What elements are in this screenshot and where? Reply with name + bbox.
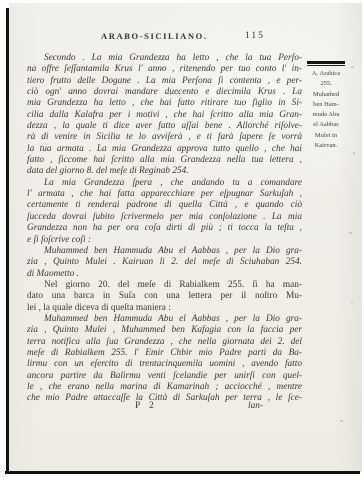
text-line: zia , Quinto Mulei . Kairuan li 2. del m… <box>27 257 302 268</box>
text-line: data del giorno 8. del meſe di Reginab 2… <box>27 166 302 177</box>
margin-note-line: Kairvan. <box>303 141 349 151</box>
scan-speckle <box>349 232 352 234</box>
text-line: rà di venire in Sicilia te lo avviſerà ,… <box>27 132 302 143</box>
margin-note-rule-thick <box>307 61 345 64</box>
margin-note-line: Muham̃ed <box>303 90 349 100</box>
text-line: tiero frutto delle Dogane . La mia Perſo… <box>27 76 302 87</box>
text-line: mia Grandezza ha letto , che hai fatto r… <box>27 98 302 109</box>
scan-speckle <box>351 66 354 68</box>
scan-edge-bottom-rule <box>5 471 360 474</box>
margin-note-line: el Aabbas <box>303 120 349 130</box>
catchword: lan- <box>248 401 263 411</box>
margin-note-rule-thin <box>307 65 345 66</box>
text-line: le , che erano nella marina di Kamarinah… <box>27 382 302 393</box>
text-line: lirmu con un eſercito di trentacinquemil… <box>27 359 302 370</box>
text-line: di Maometto . <box>27 269 302 280</box>
text-line: e ſi ſoſcrive coſì : <box>27 235 302 246</box>
scanned-book-page: { "page": { "header": { "title": "ARABO-… <box>0 0 364 480</box>
scan-speckle <box>351 301 353 303</box>
text-line: meſe di Rabialkem 255. l' Emir Chbir mio… <box>27 348 302 359</box>
margin-note: A. Arabica 255. Muham̃ed ben Ham- muda A… <box>303 61 349 151</box>
text-line: Muhammed ben Hammuda Abu el Aabbas , per… <box>27 246 302 257</box>
text-line: cilia dalla Kalafra per i motivi , che h… <box>27 110 302 121</box>
scan-speckle <box>353 152 355 155</box>
margin-note-line: ben Ham- <box>303 100 349 110</box>
text-line: Secondo . La mia Grandezza ha letto , ch… <box>27 53 302 64</box>
text-line: ciò ogn' anno dovrai mandare duecento e … <box>27 87 302 98</box>
signature-mark: P 2 <box>135 401 154 411</box>
text-line: fatto , ſiccome hai ſcritto alla mia Gra… <box>27 155 302 166</box>
text-block: Secondo . La mia Grandezza ha letto , ch… <box>27 53 302 405</box>
text-line: Nel giorno 20. del meſe di Rabialkem 255… <box>27 280 302 291</box>
running-title: ARABO-SICILIANO. <box>101 31 208 41</box>
text-line: ancora partire da Balirmu venti ſcelandi… <box>27 371 302 382</box>
text-line: La mia Grandezza ſpera , che andando tu … <box>27 178 302 189</box>
text-line: na offre ſeſſantamila Krus l' anno , rit… <box>27 64 302 75</box>
scan-edge-left-rule <box>6 8 9 472</box>
text-line: dato una barca in Suſa con una lettera p… <box>27 291 302 302</box>
text-line: l' armata , che hai fatta apparecchiare … <box>27 189 302 200</box>
margin-note-line: Mulei in <box>303 131 349 141</box>
margin-note-line: muda Abu <box>303 110 349 120</box>
text-line: ſucceda dovrai ſubito ſcrivermelo per mi… <box>27 212 302 223</box>
page-header: ARABO-SICILIANO. 115 <box>27 31 302 45</box>
margin-note-line: A. Arabica <box>303 69 349 79</box>
text-line: terra notifica alla ſua Grandezza , che … <box>27 337 302 348</box>
text-line: la tua armata . La mia Grandezza approva… <box>27 144 302 155</box>
text-line: dezza , la quale ti dice aver fatto aſſa… <box>27 121 302 132</box>
page-footer: P 2 lan- <box>27 401 302 413</box>
text-line: Grandezza non ha per ora coſa dirti di p… <box>27 223 302 234</box>
margin-note-line: 255. <box>303 79 349 89</box>
text-line: certamente ti renderai padrone di quella… <box>27 200 302 211</box>
page-number: 115 <box>245 31 265 41</box>
text-line: lei , la quale diceva di queſta maniera … <box>27 303 302 314</box>
scan-speckle <box>340 420 343 422</box>
text-line: zia , Quinto Mulei , Muhammed ben Kafagi… <box>27 325 302 336</box>
text-line: Muhammed ben Hammuda Abu el Aabbas , per… <box>27 314 302 325</box>
